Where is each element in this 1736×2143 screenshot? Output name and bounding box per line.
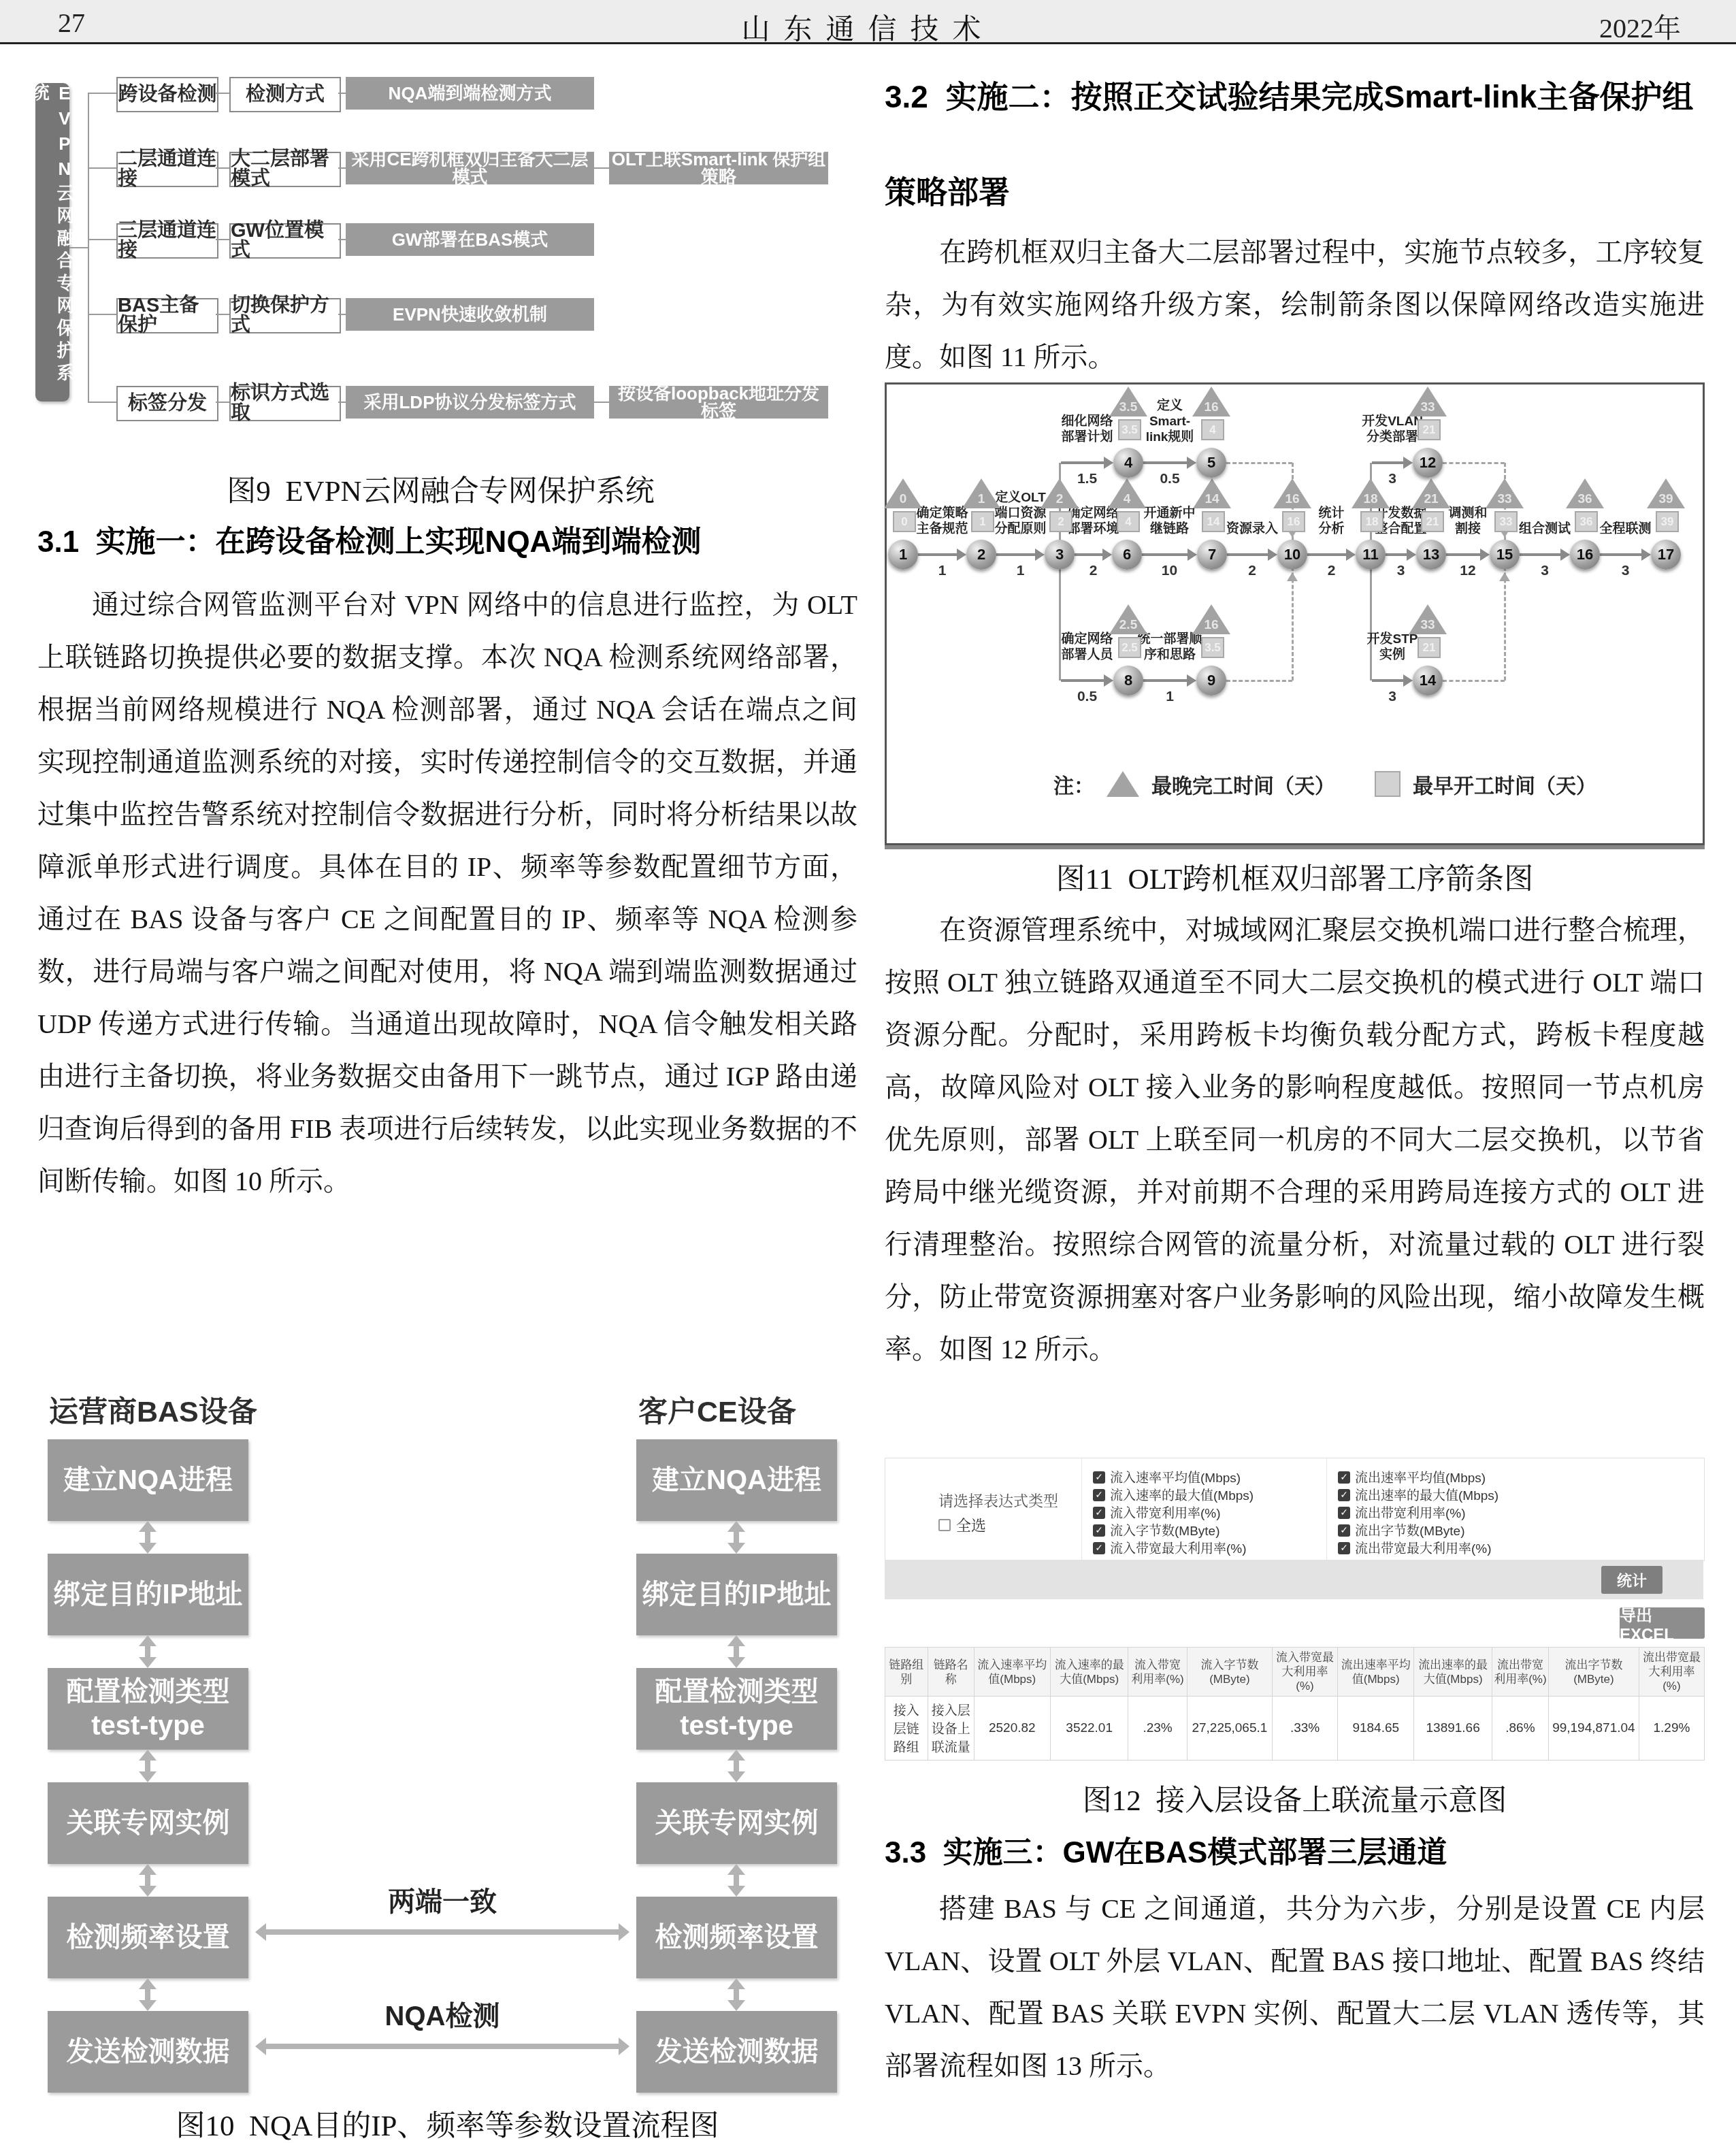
figure10-diagram: 运营商BAS设备 客户CE设备 两端一致 NQA检测 建立NQA进程绑定目的IP…	[41, 1385, 844, 2116]
fig11-duration-label: 3	[1518, 563, 1572, 579]
fig11-earliest-start-square: 18	[1360, 511, 1383, 532]
checkbox-label: 流出字节数(MByte)	[1355, 1521, 1465, 1539]
table-header-cell: 流出字节数(MByte)	[1549, 1648, 1639, 1697]
fig11-duration-label: 12	[1441, 563, 1495, 579]
fig11-arrowhead-icon	[1104, 674, 1113, 687]
fig11-event-node: 4	[1113, 448, 1143, 478]
fig11-earliest-start-square: 36	[1575, 511, 1598, 532]
fig11-activity-arrow	[1386, 553, 1408, 556]
fig9-connector	[338, 167, 346, 169]
fig10-vertical-arrow	[139, 1521, 157, 1554]
checkbox-checked-icon: ✓	[1338, 1489, 1350, 1501]
fig11-latest-finish-triangle: 16	[1273, 478, 1311, 508]
figure9-diagram: EVPN云网融合专网保护系统 跨设备检测检测方式NQA端到端检测方式二层通道连接…	[35, 68, 842, 448]
fig11-earliest-start-square: 2.5	[1118, 637, 1141, 658]
legend-note-label: 注：	[1053, 769, 1094, 799]
fig11-event-node: 16	[1570, 540, 1600, 570]
panel-divider	[1326, 1458, 1327, 1560]
figure10-left-header: 运营商BAS设备	[49, 1389, 257, 1430]
fig12-inflow-checkbox: ✓流入速率的最大值(Mbps)	[1093, 1486, 1254, 1504]
fig11-earliest-start-square: 1	[971, 511, 994, 532]
fig12-inflow-checkbox: ✓流入字节数(MByte)	[1093, 1521, 1220, 1539]
fig11-event-node: 15	[1490, 540, 1520, 570]
fig11-arrowhead-icon	[1641, 549, 1651, 561]
legend-triangle-icon	[1107, 771, 1139, 797]
fig9-connector	[338, 402, 346, 403]
fig10-step-box-right: 配置检测类型 test-type	[636, 1668, 837, 1750]
paper-page: 27 山东通信技术 2022年 EVPN云网融合专网保护系统 跨设备检测检测方式…	[0, 0, 1736, 2143]
fig11-event-node: 3	[1045, 540, 1075, 570]
fig11-arrowhead-icon	[1407, 549, 1416, 561]
checkbox-label: 流入带宽最大利用率(%)	[1110, 1539, 1247, 1557]
fig9-connector	[338, 314, 346, 315]
table-header-cell: 链路组别	[885, 1648, 928, 1697]
fig10-vertical-arrow	[727, 1750, 745, 1782]
fig10-step-box-right: 建立NQA进程	[636, 1439, 837, 1521]
select-all-checkbox: 全选	[938, 1514, 986, 1535]
fig11-duration-label: 3	[1599, 563, 1653, 579]
fig10-step-box-left: 绑定目的IP地址	[48, 1554, 248, 1635]
fig11-arrowhead-icon	[957, 549, 966, 561]
fig11-event-node: 13	[1416, 540, 1446, 570]
fig11-activity-arrow	[1446, 553, 1481, 556]
fig10-vertical-arrow	[727, 1635, 745, 1668]
fig11-activity-arrow	[1143, 461, 1188, 464]
fig11-event-node: 10	[1277, 540, 1307, 570]
fig11-activity-arrow	[1372, 679, 1405, 682]
fig9-level2-box: 检测方式	[229, 77, 341, 112]
fig10-vertical-arrow	[727, 1978, 745, 2011]
fig12-outflow-checkbox: ✓流出字节数(MByte)	[1338, 1521, 1465, 1539]
checkbox-checked-icon: ✓	[1093, 1489, 1105, 1501]
fig9-connector	[338, 239, 346, 240]
checkbox-label: 流入速率平均值(Mbps)	[1110, 1468, 1241, 1486]
fig9-connector	[88, 239, 116, 240]
figure10-caption: 图10 NQA目的IP、频率等参数设置流程图	[37, 2103, 857, 2143]
checkbox-label: 流出速率的最大值(Mbps)	[1355, 1486, 1498, 1504]
figure11-diagram: 注： 最晚完工时间（天） 最早开工时间（天） 确定策略 主备规范1定义OLT 端…	[885, 382, 1705, 845]
fig12-outflow-checkbox: ✓流出带宽利用率(%)	[1338, 1503, 1466, 1522]
legend-square-icon	[1375, 771, 1401, 797]
checkbox-label: 流入速率的最大值(Mbps)	[1110, 1486, 1254, 1504]
table-cell: 1.29%	[1639, 1697, 1704, 1761]
fig11-duration-label: 1	[915, 563, 970, 579]
fig11-latest-finish-triangle: 36	[1566, 478, 1604, 508]
figure9-root-box: EVPN云网融合专网保护系统	[35, 83, 69, 402]
section-3-3-paragraph: 搭建 BAS 与 CE 之间通道，共分为六步，分别是设置 CE 内层 VLAN、…	[885, 1882, 1705, 2092]
fig9-connector	[594, 402, 609, 403]
fig9-connector	[88, 167, 116, 169]
checkbox-checked-icon: ✓	[1338, 1542, 1350, 1554]
fig11-activity-arrow	[1600, 553, 1643, 556]
fig9-level3-box: 采用CE跨机框双归主备大二层模式	[346, 152, 594, 184]
fig11-earliest-start-square: 0	[893, 511, 916, 532]
table-cell: 接入层链路组	[885, 1697, 928, 1761]
fig11-arrowhead-icon	[1187, 674, 1196, 687]
table-cell: 3522.01	[1050, 1697, 1128, 1761]
fig12-outflow-checkbox: ✓流出速率的最大值(Mbps)	[1338, 1486, 1498, 1504]
fig9-connector	[216, 239, 229, 240]
fig11-earliest-start-square: 21	[1421, 511, 1444, 532]
fig11-earliest-start-square: 4	[1117, 511, 1140, 532]
fig11-arrowhead-icon	[1560, 549, 1570, 561]
fig11-dashed-link	[1226, 680, 1292, 682]
fig10-step-box-right: 检测频率设置	[636, 1897, 837, 1978]
fig11-latest-finish-triangle: 0	[884, 478, 922, 508]
fig11-event-node: 11	[1356, 540, 1386, 570]
fig11-latest-finish-triangle: 39	[1647, 478, 1685, 508]
expression-type-label: 请选择表达式类型	[938, 1490, 1058, 1511]
fig10-vertical-arrow	[139, 1978, 157, 2011]
fig11-dashed-link	[1443, 462, 1505, 464]
checkbox-label: 流出带宽最大利用率(%)	[1355, 1539, 1492, 1557]
fig11-duration-label: 2	[1225, 563, 1279, 579]
table-header-cell: 流出带宽最大利用率(%)	[1639, 1648, 1704, 1697]
fig11-duration-label: 1	[994, 563, 1048, 579]
fig9-connector	[594, 167, 609, 169]
checkbox-checked-icon: ✓	[1093, 1471, 1105, 1484]
table-header-cell: 流入速率的最大值(Mbps)	[1050, 1648, 1128, 1697]
stat-toolbar	[885, 1560, 1703, 1599]
fig11-event-node: 9	[1196, 666, 1226, 696]
table-cell: .33%	[1273, 1697, 1338, 1761]
fig11-activity-arrow	[1520, 553, 1562, 556]
fig11-duration-label: 0.5	[1143, 471, 1197, 487]
fig9-level3-box: GW部署在BAS模式	[346, 223, 594, 256]
fig11-earliest-start-square: 14	[1202, 511, 1225, 532]
checkbox-checked-icon: ✓	[1338, 1507, 1350, 1519]
fig11-dashed-link	[1226, 462, 1292, 464]
fig11-activity-arrow	[1143, 679, 1188, 682]
fig11-earliest-start-square: 3.5	[1201, 637, 1224, 658]
fig9-connector	[216, 314, 229, 315]
fig10-step-box-left: 建立NQA进程	[48, 1439, 248, 1521]
fig11-duration-label: 0.5	[1060, 689, 1115, 705]
checkbox-unchecked-icon	[938, 1519, 951, 1531]
fig9-connector	[88, 402, 116, 403]
figure10-link-label-1: 两端一致	[255, 1880, 629, 1919]
fig11-arrowhead-icon	[1188, 549, 1197, 561]
fig11-earliest-start-square: 16	[1282, 511, 1305, 532]
fig9-level3-box: EVPN快速收敛机制	[346, 298, 594, 331]
fig9-level1-box: 三层通道连接	[116, 223, 218, 259]
section-3-2-title: 3.2 实施二：按照正交试验结果完成Smart-link主备保护组策略部署	[885, 49, 1708, 240]
table-cell: 2520.82	[974, 1697, 1050, 1761]
fig11-event-node: 5	[1196, 448, 1226, 478]
table-header-cell: 流入字节数(MByte)	[1187, 1648, 1272, 1697]
fig12-inflow-checkbox: ✓流入带宽最大利用率(%)	[1093, 1539, 1247, 1557]
section-3-2-paragraph-1: 在跨机框双归主备大二层部署过程中，实施节点较多，工序较复杂，为有效实施网络升级方…	[885, 226, 1705, 383]
table-header-cell: 链路名称	[928, 1648, 974, 1697]
table-cell: 接入层设备上联流量	[928, 1697, 974, 1761]
table-header-cell: 流入带宽最大利用率(%)	[1273, 1648, 1338, 1697]
fig10-step-box-left: 发送检测数据	[48, 2011, 248, 2093]
fig11-duration-label: 10	[1143, 563, 1197, 579]
fig10-vertical-arrow	[139, 1864, 157, 1897]
fig11-activity-arrow	[1307, 553, 1347, 556]
fig11-event-node: 7	[1197, 540, 1227, 570]
fig11-event-node: 6	[1112, 540, 1142, 570]
section-3-2-paragraph-2: 在资源管理系统中，对城域网汇聚层交换机端口进行整合梳理，按照 OLT 独立链路双…	[885, 904, 1705, 1375]
issue-year: 2022年	[1599, 7, 1681, 46]
legend-triangle-label: 最晚完工时间（天）	[1151, 769, 1335, 799]
fig11-activity-arrow	[1142, 553, 1189, 556]
checkbox-checked-icon: ✓	[1338, 1471, 1350, 1484]
checkbox-checked-icon: ✓	[1093, 1542, 1105, 1554]
fig11-event-node: 8	[1113, 666, 1143, 696]
figure10-link-label-2: NQA检测	[255, 1995, 629, 2033]
fig9-trunk-line	[88, 93, 89, 403]
table-header-row: 链路组别链路名称流入速率平均值(Mbps)流入速率的最大值(Mbps)流入带宽利…	[885, 1648, 1705, 1697]
fig12-inflow-checkbox: ✓流入带宽利用率(%)	[1093, 1503, 1221, 1522]
table-header-cell: 流入带宽利用率(%)	[1128, 1648, 1187, 1697]
fig9-level1-box: 标签分发	[116, 386, 218, 421]
fig10-vertical-arrow	[727, 1864, 745, 1897]
fig11-arrowhead-icon	[1102, 549, 1112, 561]
fig10-step-box-right: 发送检测数据	[636, 2011, 837, 2093]
fig11-latest-finish-triangle: 14	[1193, 478, 1231, 508]
panel-divider	[1081, 1458, 1082, 1560]
fig11-arrow-up-icon	[1287, 572, 1298, 581]
fig11-duration-label: 2	[1305, 563, 1359, 579]
figure10-link-arrow-2	[255, 2038, 629, 2055]
section-3-1-title: 3.1 实施一：在跨设备检测上实现NQA端到端检测	[37, 517, 857, 561]
fig9-level2-box: 大二层部署模式	[229, 152, 341, 187]
fig9-level1-box: BAS主备保护	[116, 298, 218, 333]
fig10-step-box-right: 关联专网实例	[636, 1782, 837, 1864]
fig11-earliest-start-square: 21	[1418, 419, 1441, 440]
figure10-link-arrow-1	[255, 1923, 629, 1941]
fig9-level3-box: NQA端到端检测方式	[346, 77, 594, 110]
fig11-arrowhead-icon	[1104, 457, 1113, 469]
fig9-level1-box: 二层通道连接	[116, 152, 218, 187]
table-header-cell: 流入速率平均值(Mbps)	[974, 1648, 1050, 1697]
fig11-dashed-link	[1443, 680, 1505, 682]
fig11-activity-arrow	[1075, 553, 1104, 556]
fig10-step-box-right: 绑定目的IP地址	[636, 1554, 837, 1635]
fig11-arrowhead-icon	[1035, 549, 1045, 561]
fig11-arrowhead-icon	[1480, 549, 1490, 561]
traffic-table: 链路组别链路名称流入速率平均值(Mbps)流入速率的最大值(Mbps)流入带宽利…	[885, 1647, 1705, 1761]
fig11-arrowhead-icon	[1403, 674, 1413, 687]
checkbox-checked-icon: ✓	[1093, 1507, 1105, 1519]
fig9-connector	[88, 93, 116, 94]
fig11-earliest-start-square: 33	[1494, 511, 1518, 532]
fig11-earliest-start-square: 3.5	[1118, 419, 1141, 440]
table-cell: .86%	[1492, 1697, 1548, 1761]
fig9-connector	[216, 93, 229, 94]
table-cell: 27,225,065.1	[1187, 1697, 1272, 1761]
fig9-level4-box: 按设备loopback地址分发标签	[609, 386, 828, 419]
fig11-arrowhead-icon	[1268, 549, 1277, 561]
fig11-arrowhead-icon	[1187, 457, 1196, 469]
section-3-1-paragraph: 通过综合网管监测平台对 VPN 网络中的信息进行监控，为 OLT 上联链路切换提…	[37, 578, 857, 1207]
fig11-activity-arrow	[996, 553, 1036, 556]
fig11-activity-arrow	[1227, 553, 1269, 556]
fig11-duration-label: 1.5	[1060, 471, 1115, 487]
fig11-duration-label: 3	[1365, 689, 1420, 705]
fig10-vertical-arrow	[139, 1750, 157, 1782]
fig11-latest-finish-triangle: 16	[1192, 604, 1230, 634]
section-3-3-title: 3.3 实施三：GW在BAS模式部署三层通道	[885, 1828, 1705, 1871]
fig9-level2-box: 标识方式选取	[229, 386, 341, 421]
checkbox-label: 流入字节数(MByte)	[1110, 1521, 1220, 1539]
fig11-activity-arrow	[1061, 679, 1105, 682]
fig11-duration-label: 2	[1066, 563, 1121, 579]
checkbox-checked-icon: ✓	[1338, 1524, 1350, 1537]
checkbox-checked-icon: ✓	[1093, 1524, 1105, 1537]
table-header-cell: 流出带宽利用率(%)	[1492, 1648, 1548, 1697]
fig11-latest-finish-triangle: 2.5	[1109, 604, 1147, 634]
fig11-latest-finish-triangle: 33	[1409, 604, 1447, 634]
legend-square-label: 最早开工时间（天）	[1413, 769, 1596, 799]
fig9-connector	[216, 402, 229, 403]
table-cell: 9184.65	[1338, 1697, 1414, 1761]
fig9-level1-box: 跨设备检测	[116, 77, 218, 112]
fig11-earliest-start-square: 39	[1656, 511, 1679, 532]
fig10-step-box-left: 关联专网实例	[48, 1782, 248, 1864]
fig9-connector	[216, 167, 229, 169]
fig11-earliest-start-square: 4	[1201, 419, 1224, 440]
fig11-earliest-start-square: 2	[1049, 511, 1072, 532]
checkbox-label: 流出带宽利用率(%)	[1355, 1503, 1466, 1522]
fig10-vertical-arrow	[139, 1635, 157, 1668]
fig12-outflow-checkbox: ✓流出带宽最大利用率(%)	[1338, 1539, 1492, 1557]
table-header-cell: 流出速率的最大值(Mbps)	[1414, 1648, 1492, 1697]
fig11-arrow-up-icon	[1499, 572, 1510, 581]
fig10-vertical-arrow	[727, 1521, 745, 1554]
fig10-step-box-left: 配置检测类型 test-type	[48, 1668, 248, 1750]
fig9-root-stub	[69, 247, 88, 248]
table-cell: .23%	[1128, 1697, 1187, 1761]
export-excel-button: 导出EXCEL	[1620, 1607, 1705, 1639]
fig9-connector	[88, 314, 116, 315]
fig11-activity-arrow	[1061, 461, 1105, 464]
table-row: 接入层链路组接入层设备上联流量2520.823522.01.23%27,225,…	[885, 1697, 1705, 1761]
figure12-caption: 图12 接入层设备上联流量示意图	[885, 1778, 1705, 1819]
figure10-right-header: 客户CE设备	[638, 1389, 796, 1430]
fig11-activity-arrow	[918, 553, 958, 556]
fig11-event-node: 2	[966, 540, 996, 570]
fig11-event-node: 17	[1651, 540, 1681, 570]
fig9-connector	[338, 93, 346, 94]
figure11-legend: 注： 最晚完工时间（天） 最早开工时间（天）	[1053, 769, 1596, 799]
fig9-level2-box: GW位置模式	[229, 223, 341, 259]
stat-button: 统计	[1601, 1566, 1663, 1594]
figure9-caption: 图9 EVPN云网融合专网保护系统	[37, 468, 844, 510]
table-cell: 99,194,871.04	[1549, 1697, 1639, 1761]
fig12-outflow-checkbox: ✓流出速率平均值(Mbps)	[1338, 1468, 1486, 1486]
fig11-latest-finish-triangle: 33	[1409, 387, 1447, 416]
figure11-caption: 图11 OLT跨机框双归部署工序箭条图	[885, 856, 1705, 898]
fig9-level4-box: OLT上联Smart-link 保护组策略	[609, 152, 828, 184]
fig11-duration-label: 1	[1143, 689, 1197, 705]
journal-title: 山东通信技术	[0, 7, 1736, 48]
fig11-earliest-start-square: 21	[1418, 637, 1441, 658]
fig11-activity-arrow	[1372, 461, 1405, 464]
fig11-arrowhead-icon	[1403, 457, 1413, 469]
fig11-event-node: 12	[1413, 448, 1443, 478]
fig9-level3-box: 采用LDP协议分发标签方式	[346, 386, 594, 419]
checkbox-label: 流出速率平均值(Mbps)	[1355, 1468, 1486, 1486]
fig12-inflow-checkbox: ✓流入速率平均值(Mbps)	[1093, 1468, 1241, 1486]
checkbox-label: 流入带宽利用率(%)	[1110, 1503, 1221, 1522]
figure12-screenshot: 请选择表达式类型 全选 ✓流入速率平均值(Mbps)✓流入速率的最大值(Mbps…	[885, 1458, 1705, 1769]
fig9-level2-box: 切换保护方式	[229, 298, 341, 333]
fig10-step-box-left: 检测频率设置	[48, 1897, 248, 1978]
fig11-arrowhead-icon	[1346, 549, 1356, 561]
fig11-event-node: 1	[888, 540, 918, 570]
expression-panel: 请选择表达式类型 全选 ✓流入速率平均值(Mbps)✓流入速率的最大值(Mbps…	[885, 1458, 1705, 1561]
table-cell: 13891.66	[1414, 1697, 1492, 1761]
table-header-cell: 流出速率平均值(Mbps)	[1338, 1648, 1414, 1697]
fig11-latest-finish-triangle: 33	[1486, 478, 1524, 508]
fig11-event-node: 14	[1413, 666, 1443, 696]
